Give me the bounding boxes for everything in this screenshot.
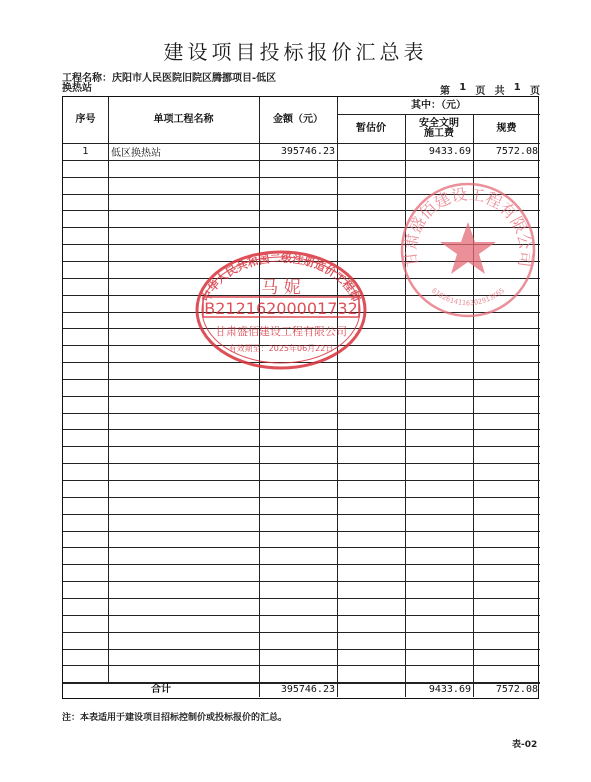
project-name: 工程名称：庆阳市人民医院旧院区腾挪项目-低区换热站 [62, 74, 282, 94]
row-divider [63, 295, 540, 296]
row-divider [63, 278, 540, 279]
form-number: 表-02 [512, 737, 537, 750]
row-divider [63, 564, 540, 565]
row-divider [63, 497, 540, 498]
row-divider [63, 632, 540, 633]
header-fees: 规费 [473, 114, 540, 143]
header-seq: 序号 [63, 97, 108, 143]
total-label: 合计 [63, 682, 259, 697]
row-divider [63, 328, 540, 329]
footnote: 注：本表适用于建设项目招标控制价或投标报价的汇总。 [62, 710, 287, 723]
header-among: 其中：（元） [337, 97, 540, 114]
column-divider [108, 97, 109, 682]
page-info-part: 第 [440, 82, 450, 97]
cell-seq: 1 [63, 143, 108, 160]
row-divider [63, 345, 540, 346]
row-divider [63, 379, 540, 380]
summary-table: 序号 单项工程名称 金额（元） 其中：（元） 暂估价 安全文明施工费 规费 1低… [62, 96, 539, 699]
header-safety: 安全文明施工费 [405, 114, 473, 143]
column-divider [337, 97, 338, 697]
row-divider [63, 649, 540, 650]
row-divider [63, 261, 540, 262]
row-divider [63, 177, 540, 178]
page-info-part: 共 [495, 82, 505, 97]
total-safety: 9433.69 [405, 682, 473, 697]
row-divider [63, 227, 540, 228]
row-divider [63, 598, 540, 599]
row-divider [63, 396, 540, 397]
column-divider [405, 114, 406, 697]
total-provisional [337, 682, 405, 697]
row-divider [63, 514, 540, 515]
header-safety-text: 安全文明施工费 [419, 119, 459, 139]
page-info-part: 页 [475, 82, 485, 97]
row-divider [63, 429, 540, 430]
cell-name: 低区换热站 [108, 143, 259, 160]
total-amount: 395746.23 [259, 682, 337, 697]
header-name: 单项工程名称 [108, 97, 259, 143]
column-divider [473, 114, 474, 697]
row-divider [63, 160, 540, 161]
row-divider [63, 615, 540, 616]
row-divider [63, 480, 540, 481]
cell-fees: 7572.08 [473, 143, 540, 160]
row-divider [63, 463, 540, 464]
row-divider [63, 446, 540, 447]
cell-safety: 9433.69 [405, 143, 473, 160]
header-provisional: 暂估价 [337, 114, 405, 143]
document-title: 建设项目投标报价汇总表 [0, 36, 591, 65]
row-divider [63, 665, 540, 666]
row-divider [63, 312, 540, 313]
row-divider [63, 210, 540, 211]
row-divider [63, 244, 540, 245]
row-divider [63, 413, 540, 414]
column-divider [259, 97, 260, 697]
header-amount: 金额（元） [259, 97, 337, 143]
row-divider [63, 581, 540, 582]
page-total: 1 [514, 82, 521, 97]
page-info: 第 1 页 共 1 页 [440, 82, 540, 97]
row-divider [337, 114, 540, 115]
row-divider [63, 547, 540, 548]
cell-amount: 395746.23 [259, 143, 337, 160]
total-fees: 7572.08 [473, 682, 540, 697]
row-divider [63, 362, 540, 363]
page-current: 1 [459, 82, 466, 97]
page-info-part: 页 [530, 82, 540, 97]
row-divider [63, 531, 540, 532]
row-divider [63, 194, 540, 195]
cell-provisional [337, 143, 405, 160]
